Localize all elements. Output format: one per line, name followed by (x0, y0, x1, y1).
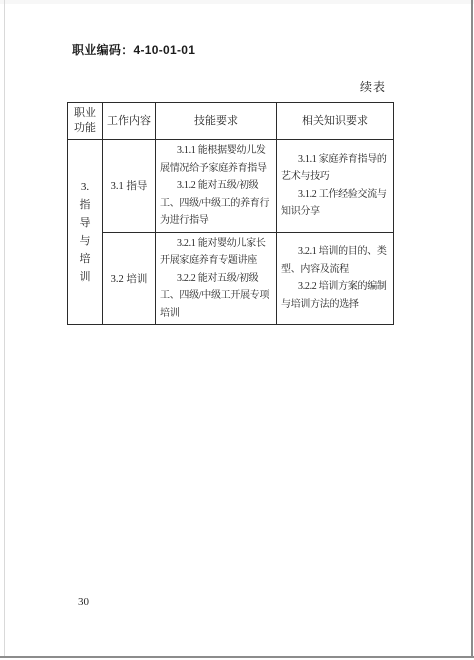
page-edge-top (0, 0, 474, 4)
work-content-cell: 3.1 指导 (103, 140, 156, 233)
skill-item: 3.1.2 能对五级/初级工、四级/中级工的养育行为进行指导 (160, 177, 272, 230)
knowledge-cell: 3.1.1 家庭养育指导的艺术与技巧 3.1.2 工作经验交流与知识分享 (277, 140, 394, 233)
page-edge-left (4, 0, 5, 656)
knowledge-item: 3.1.2 工作经验交流与知识分享 (281, 186, 389, 221)
header-function: 职业功能 (68, 103, 103, 140)
function-group-cell: 3. 指 导 与 培 训 (68, 140, 103, 325)
work-content-cell: 3.2 培训 (103, 232, 156, 325)
knowledge-cell: 3.2.1 培训的目的、类型、内容及流程 3.2.2 培训方案的编制与培训方法的… (277, 232, 394, 325)
skill-item: 3.1.1 能根据婴幼儿发展情况给予家庭养育指导 (160, 142, 272, 177)
continued-table-label: 续表 (67, 78, 386, 95)
skills-cell: 3.2.1 能对婴幼儿家长开展家庭养育专题讲座 3.2.2 能对五级/初级工、四… (156, 232, 277, 325)
table-row: 3. 指 导 与 培 训 3.1 指导 3.1.1 能根据婴幼儿发展情况给予家庭… (68, 140, 394, 233)
occupation-code-label: 职业编码：4-10-01-01 (72, 41, 195, 58)
header-knowledge: 相关知识要求 (277, 103, 394, 140)
skill-item: 3.2.1 能对婴幼儿家长开展家庭养育专题讲座 (160, 235, 272, 270)
knowledge-item: 3.2.2 培训方案的编制与培训方法的选择 (281, 278, 389, 313)
header-skills: 技能要求 (156, 103, 277, 140)
skills-cell: 3.1.1 能根据婴幼儿发展情况给予家庭养育指导 3.1.2 能对五级/初级工、… (156, 140, 277, 233)
table-header-row: 职业功能 工作内容 技能要求 相关知识要求 (68, 103, 394, 140)
occupation-skills-table: 职业功能 工作内容 技能要求 相关知识要求 3. 指 导 与 培 训 3.1 指… (67, 102, 394, 325)
table-row: 3.2 培训 3.2.1 能对婴幼儿家长开展家庭养育专题讲座 3.2.2 能对五… (68, 232, 394, 325)
knowledge-item: 3.1.1 家庭养育指导的艺术与技巧 (281, 151, 389, 186)
page-edge-right (471, 0, 473, 658)
header-work-content: 工作内容 (103, 103, 156, 140)
knowledge-item: 3.2.1 培训的目的、类型、内容及流程 (281, 243, 389, 278)
skill-item: 3.2.2 能对五级/初级工、四级/中级工开展专项培训 (160, 270, 272, 323)
document-page: 职业编码：4-10-01-01 续表 职业功能 工作内容 技能要求 相关知识要求… (0, 0, 474, 660)
page-edge-bottom (0, 656, 474, 658)
page-number: 30 (78, 596, 89, 608)
